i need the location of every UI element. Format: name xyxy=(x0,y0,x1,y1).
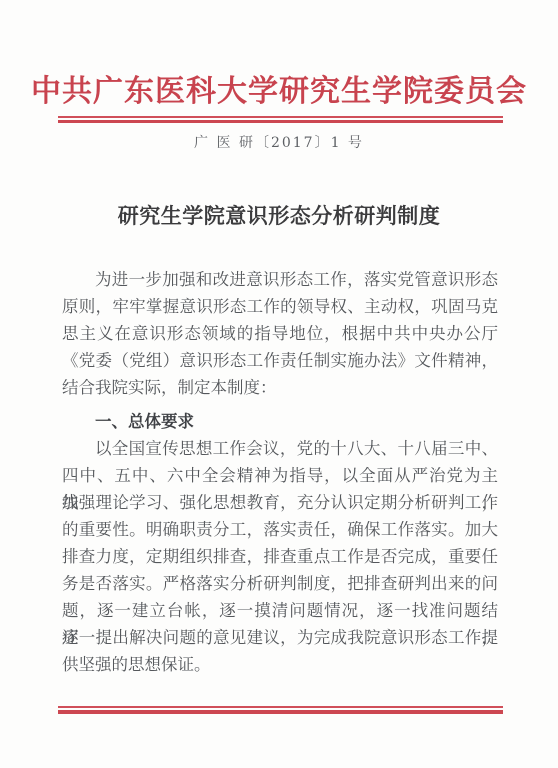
paragraph-intro: 为进一步加强和改进意识形态工作，落实党管意识形态 原则，牢牢掌握意识形态工作的领… xyxy=(62,266,498,401)
body-line: 的重要性。明确职责分工，落实责任，确保工作落实。加大 xyxy=(62,516,498,543)
body-line: 逐一提出解决问题的意见建议，为完成我院意识形态工作提 xyxy=(62,624,498,651)
body-line: 四中、五中、六中全会精神为指导，以全面从严治党为主线， xyxy=(62,462,498,489)
body-line: 供坚强的思想保证。 xyxy=(62,651,498,678)
body-line: 思主义在意识形态领域的指导地位，根据中共中央办公厅 xyxy=(62,320,498,347)
document-body: 为进一步加强和改进意识形态工作，落实党管意识形态 原则，牢牢掌握意识形态工作的领… xyxy=(62,266,498,678)
body-line: 原则，牢牢掌握意识形态工作的领导权、主动权，巩固马克 xyxy=(62,293,498,320)
section-heading-general-requirements: 一、总体要求 xyxy=(62,408,498,435)
footer-rule-bottom-bar xyxy=(58,710,503,714)
body-line: 加强理论学习、强化思想教育，充分认识定期分析研判工作 xyxy=(62,489,498,516)
document-title: 研究生学院意识形态分析研判制度 xyxy=(0,200,558,230)
header-rule-bottom-bar xyxy=(58,120,503,123)
document-page: 中共广东医科大学研究生学院委员会 广 医 研〔2017〕1 号 研究生学院意识形… xyxy=(0,0,558,768)
header-double-rule xyxy=(58,116,503,123)
paragraph-general-requirements: 以全国宣传思想工作会议，党的十八大、十八届三中、 四中、五中、六中全会精神为指导… xyxy=(62,435,498,678)
body-line: 结合我院实际，制定本制度： xyxy=(62,374,498,401)
body-line: 题，逐一建立台帐，逐一摸清问题情况，逐一找准问题结症， xyxy=(62,597,498,624)
document-number: 广 医 研〔2017〕1 号 xyxy=(0,132,558,152)
body-line: 为进一步加强和改进意识形态工作，落实党管意识形态 xyxy=(62,266,498,293)
body-line: 务是否落实。严格落实分析研判制度，把排查研判出来的问 xyxy=(62,570,498,597)
issuing-committee-title: 中共广东医科大学研究生学院委员会 xyxy=(0,66,558,110)
footer-double-rule xyxy=(58,706,503,714)
body-line: 《党委（党组）意识形态工作责任制实施办法》文件精神， xyxy=(62,347,498,374)
body-line: 排查力度，定期组织排查，排查重点工作是否完成，重要任 xyxy=(62,543,498,570)
body-line: 以全国宣传思想工作会议，党的十八大、十八届三中、 xyxy=(62,435,498,462)
